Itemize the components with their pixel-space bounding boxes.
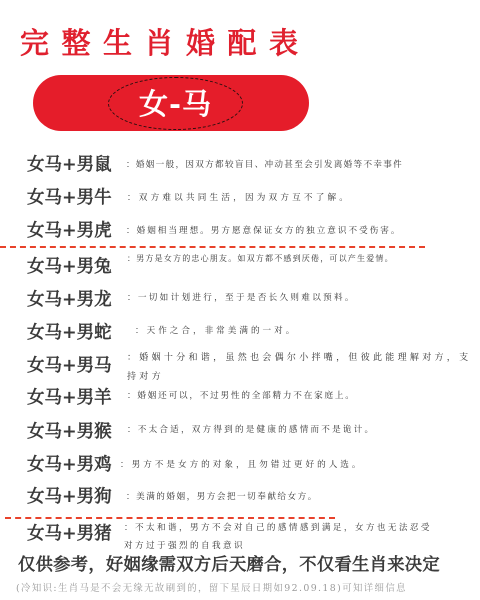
pair-label: 女马+男马: [27, 356, 112, 376]
pair-label: 女马+男狗: [27, 487, 112, 507]
disclaimer-text: 仅供参考，好姻缘需双方后天磨合，不仅看生肖来决定: [18, 554, 440, 576]
pair-label: 女马+男鼠: [27, 155, 112, 175]
pair-description: ：婚姻相当理想。男方愿意保证女方的独立意识不受伤害。: [126, 222, 466, 240]
pair-description: ：婚姻十分和谐，虽然也会偶尔小拌嘴，但彼此能理解对方，支持对方: [127, 349, 472, 387]
pair-description: ：婚姻一般，因双方都较盲目、冲动甚至会引发离婚等不幸事件: [126, 156, 466, 174]
pair-label: 女马+男鸡: [27, 455, 112, 475]
pair-label: 女马+男兔: [27, 257, 112, 277]
pair-label: 女马+男蛇: [27, 323, 112, 343]
pair-description: ：天作之合，非常美满的一对。: [135, 322, 475, 340]
zodiac-banner: 女-马: [33, 75, 309, 131]
page-title: 完整生肖婚配表: [20, 26, 311, 60]
pair-label: 女马+男猪: [27, 524, 112, 544]
pair-description: ：男方不是女方的对象，且勿错过更好的人选。: [120, 456, 460, 474]
banner-label: 女-马: [139, 87, 212, 121]
pair-description: ：一切如计划进行，至于是否长久则难以预料。: [127, 289, 467, 307]
pair-description: ：不太合适，双方得到的是健康的感情而不是诡计。: [127, 421, 467, 439]
banner-dashed-ellipse: 女-马: [108, 77, 243, 130]
pair-description: ：美满的婚姻，男方会把一切奉献给女方。: [126, 488, 466, 506]
pair-label: 女马+男猴: [27, 422, 112, 442]
pair-description: ：不太和谐，男方不会对自己的感情感到满足，女方也无法忍受对方过于强烈的自我意识: [124, 519, 434, 555]
pair-label: 女马+男牛: [27, 188, 112, 208]
pair-description: ：男方是女方的忠心朋友。如双方都不感到厌倦，可以产生爱情。: [127, 250, 467, 268]
pair-label: 女马+男虎: [27, 221, 112, 241]
pair-description: ：双方难以共同生活，因为双方互不了解。: [127, 189, 467, 207]
pair-label: 女马+男龙: [27, 290, 112, 310]
section-divider: [0, 246, 425, 248]
footnote-text: (冷知识:生肖马是不会无缘无故刷到的，留下星辰日期如92.09.18)可知详细信…: [16, 582, 407, 596]
pair-label: 女马+男羊: [27, 388, 112, 408]
pair-description: ：婚姻还可以，不过男性的全部精力不在家庭上。: [127, 387, 467, 405]
